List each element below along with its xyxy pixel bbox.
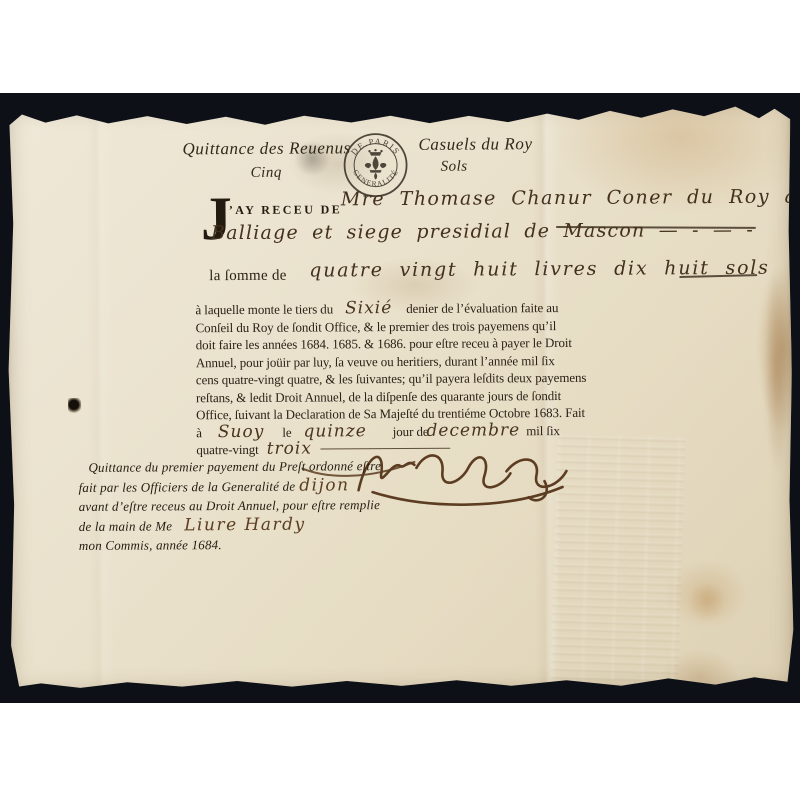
payer-name-handwritten: Mre Thomase Chanur Coner du Roy au	[341, 185, 800, 210]
denomination-left: Cinq	[251, 165, 282, 182]
printed-text: fait par les Officiers de la Generalité …	[78, 476, 295, 497]
handwritten-fill-tiers: Sixié	[345, 300, 392, 318]
paragraph-line: cens quatre-vingt quatre, & les ſuivante…	[196, 368, 648, 388]
foxing-stain	[685, 584, 729, 620]
payer-office-handwritten: Balliage et siege presidial de Mascon — …	[211, 219, 754, 244]
footnote-line: mon Commis, année 1684.	[79, 534, 382, 555]
document-paper: Quittance des Reuenus Casuels du Roy Cin…	[6, 102, 794, 693]
paragraph-line: Office, ſuivant la Declaration de Sa Maj…	[196, 403, 648, 423]
denomination-right: Sols	[441, 159, 468, 176]
paper-crease	[86, 106, 116, 692]
footnote-line: avant d’eſtre receus au Droit Annuel, po…	[79, 495, 382, 516]
sum-label-printed: la ſomme de	[209, 268, 287, 285]
edge-stain	[763, 272, 790, 472]
footnote-block: Quittance du premier payement du Preſt o…	[78, 456, 381, 555]
paper-hole	[68, 398, 81, 413]
crowned-fleur-de-lis-icon	[365, 149, 387, 180]
handwritten-place: Suoy	[218, 423, 265, 441]
printed-text: de la main de Me	[79, 516, 173, 536]
handwritten-generality: dijon	[299, 476, 349, 496]
printed-text: à laquelle monte le tiers du	[195, 300, 333, 318]
header-title-left: Quittance des Reuenus	[182, 138, 351, 159]
header-title-right: Casuels du Roy	[418, 134, 532, 155]
footnote-line: de la main de Me Liure Hardy	[79, 515, 382, 536]
footnote-line: Quittance du premier payement du Preſt o…	[88, 456, 381, 477]
footnote-line: fait par les Officiers de la Generalité …	[78, 476, 381, 497]
photo-background: Quittance des Reuenus Casuels du Roy Cin…	[0, 93, 800, 703]
printed-text: denier de l’évaluation faite au	[406, 299, 558, 317]
opening-printed-text: ’AY RECEU DE	[229, 202, 342, 218]
handwritten-commis-name: Liure Hardy	[184, 515, 305, 535]
screenshot-canvas: Quittance des Reuenus Casuels du Roy Cin…	[0, 0, 800, 800]
printed-text: à	[196, 424, 202, 442]
sum-amount-handwritten: quatre vingt huit livres dix huit sols	[309, 257, 770, 282]
